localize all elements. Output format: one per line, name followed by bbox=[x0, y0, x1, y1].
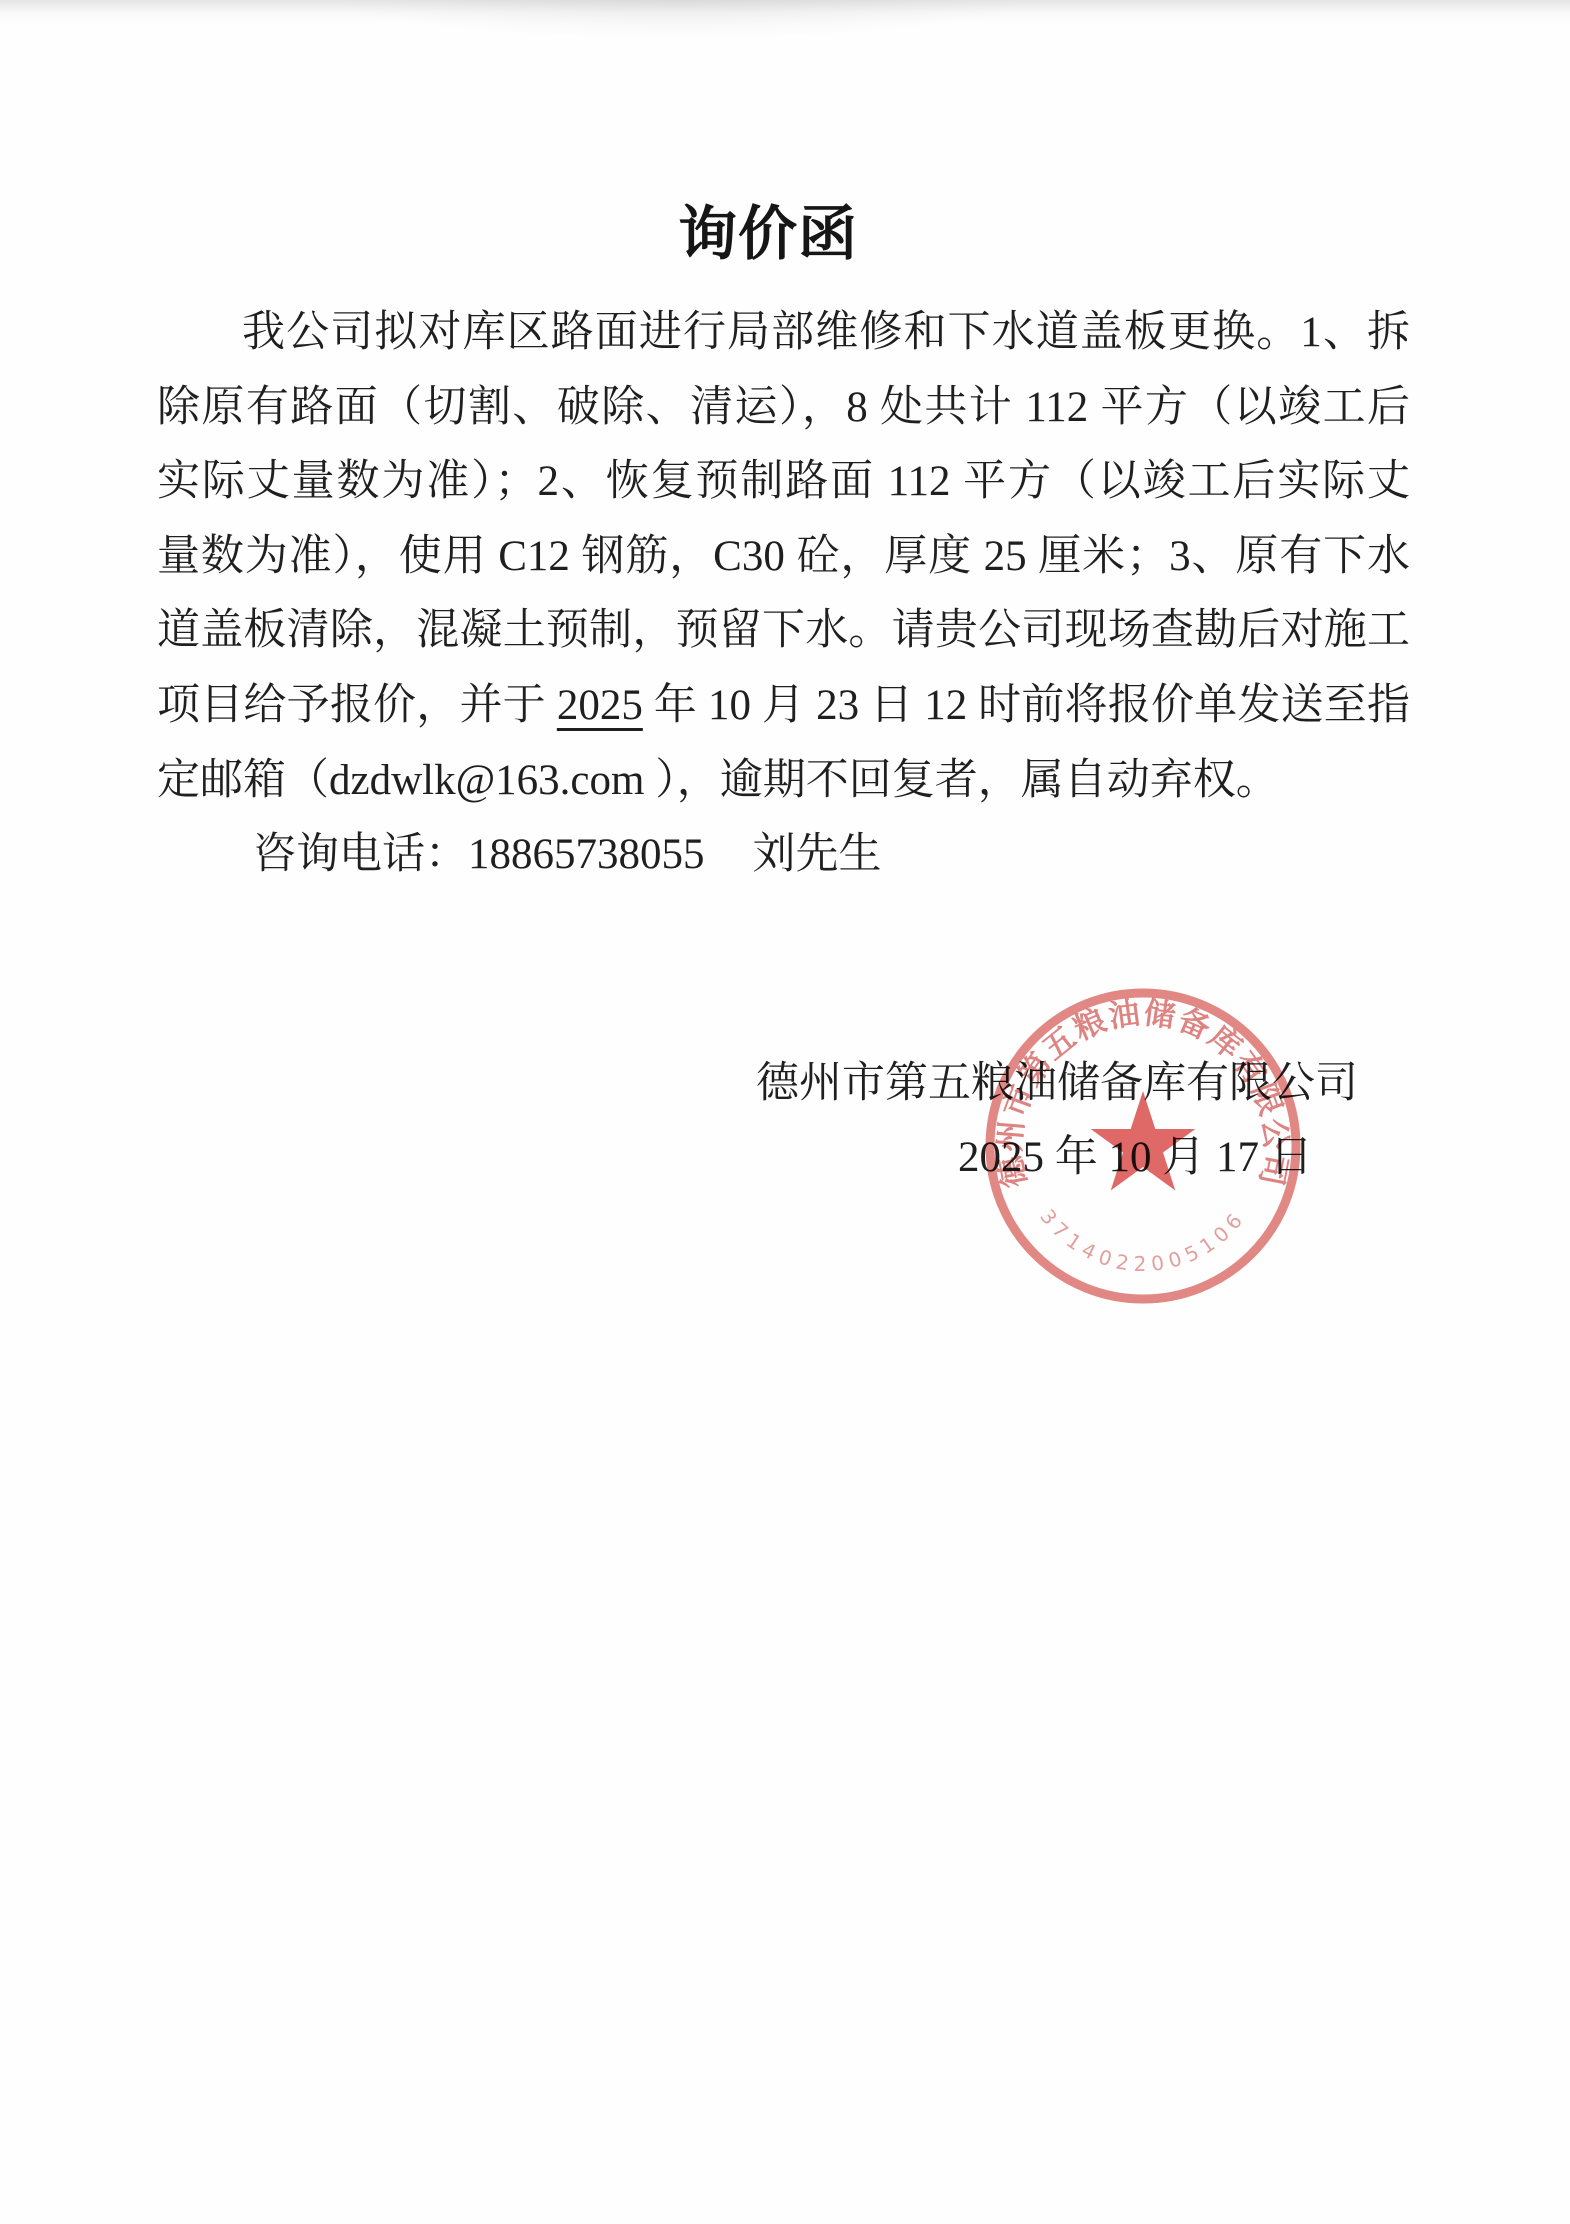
contact-person: 刘先生 bbox=[753, 831, 882, 878]
mailbox-text-post: ），逾期不回复者，属自动弃权。 bbox=[644, 757, 1278, 804]
email-address: dzdwlk@163.com bbox=[329, 757, 644, 804]
body-line-5: 道盖板清除，混凝土预制，预留下水。请贵公司现场查勘后对施工 bbox=[157, 594, 1410, 669]
body-line-6: 项目给予报价，并于 2025 年 10 月 23 日 12 时前将报价单发送至指 bbox=[157, 669, 1410, 744]
body-line-4: 量数为准），使用 C12 钢筋，C30 砼，厚度 25 厘米；3、原有下水 bbox=[157, 520, 1410, 595]
phone-number: 18865738055 bbox=[468, 831, 705, 878]
letter-body: 我公司拟对库区路面进行局部维修和下水道盖板更换。1、拆 除原有路面（切割、破除、… bbox=[157, 296, 1410, 893]
deadline-text-pre: 项目给予报价，并于 bbox=[157, 682, 557, 729]
star-icon bbox=[1091, 1091, 1196, 1191]
phone-label: 咨询电话： bbox=[253, 831, 468, 878]
document-page: 询价函 我公司拟对库区路面进行局部维修和下水道盖板更换。1、拆 除原有路面（切割… bbox=[0, 0, 1570, 2224]
seal-registration-number: 3714022005106 bbox=[1035, 1205, 1250, 1276]
company-seal: 德州市第五粮油储备库有限公司 3714022005106 bbox=[973, 976, 1313, 1316]
document-title: 询价函 bbox=[678, 186, 858, 271]
body-line-2: 除原有路面（切割、破除、清运），8 处共计 112 平方（以竣工后 bbox=[157, 371, 1410, 446]
contact-line: 咨询电话：18865738055刘先生 bbox=[157, 818, 1410, 893]
body-line-1: 我公司拟对库区路面进行局部维修和下水道盖板更换。1、拆 bbox=[157, 296, 1410, 371]
scan-artifact-smudge bbox=[330, 0, 1030, 40]
body-line-3: 实际丈量数为准）；2、恢复预制路面 112 平方（以竣工后实际丈 bbox=[157, 445, 1410, 520]
mailbox-text-pre: 定邮箱（ bbox=[157, 757, 329, 804]
deadline-text-post: 年 10 月 23 日 12 时前将报价单发送至指 bbox=[643, 682, 1410, 729]
body-line-7: 定邮箱（dzdwlk@163.com ），逾期不回复者，属自动弃权。 bbox=[157, 744, 1410, 819]
deadline-year-underlined: 2025 bbox=[557, 682, 643, 729]
scan-artifact-top bbox=[0, 0, 1570, 24]
